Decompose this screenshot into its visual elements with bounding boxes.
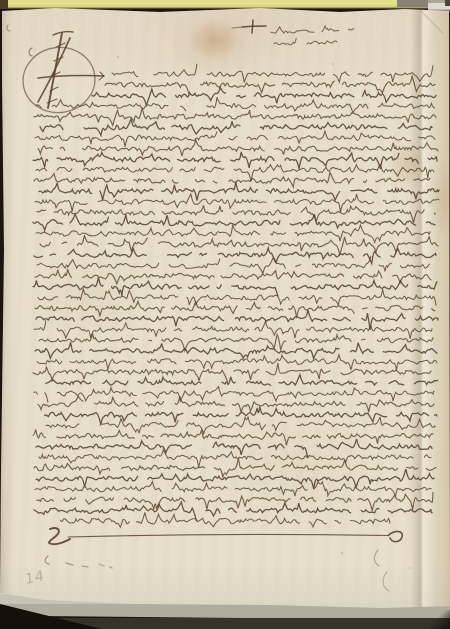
archival-photo: 14 [0,0,450,629]
top-right-corner-shadow [445,0,450,6]
bottom-right-shadow [428,610,450,629]
yellow-mount-strip [0,0,450,9]
top-left-corner-patch [0,0,8,9]
right-edge-crease [410,8,450,608]
manuscript-page [0,0,450,629]
